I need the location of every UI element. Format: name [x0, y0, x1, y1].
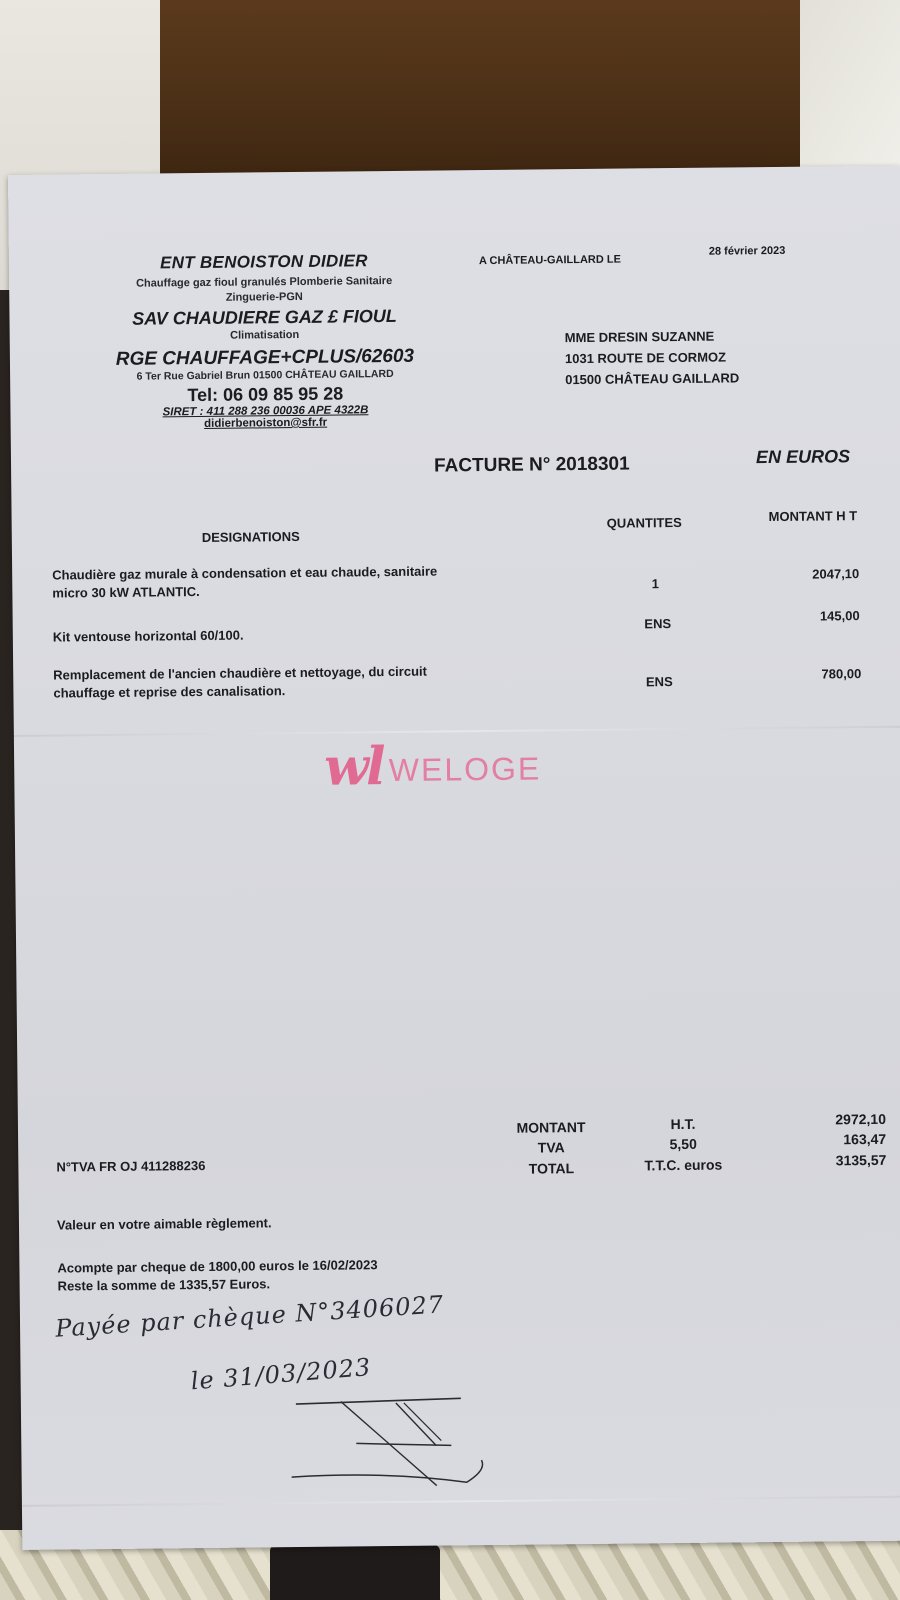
- invoice-date: 28 février 2023: [709, 245, 786, 258]
- tva-label: TVA: [496, 1139, 606, 1156]
- background-paper-right: [800, 0, 900, 180]
- company-certification: RGE CHAUFFAGE+CPLUS/62603: [70, 345, 460, 371]
- recipient-city: 01500 CHÂTEAU GAILLARD: [565, 367, 739, 390]
- recipient-street: 1031 ROUTE DE CORMOZ: [565, 346, 739, 369]
- payment-regards: Valeur en votre aimable règlement.: [57, 1215, 272, 1232]
- tva-value: 163,47: [776, 1131, 886, 1148]
- recipient-name: MME DRESIN SUZANNE: [565, 325, 739, 348]
- remaining-balance: Reste la somme de 1335,57 Euros.: [58, 1276, 271, 1293]
- invoice-number: FACTURE N° 2018301: [434, 454, 630, 478]
- tva-rate: 5,50: [623, 1135, 743, 1152]
- column-header-designation: DESIGNATIONS: [202, 529, 300, 545]
- ttc-detail: T.T.C. euros: [623, 1156, 743, 1173]
- weloge-logo-icon: wl: [324, 741, 383, 794]
- line-item-amount: 2047,10: [739, 566, 859, 582]
- background-dark-object: [270, 1545, 440, 1600]
- total-label: MONTANT: [496, 1119, 606, 1136]
- weloge-watermark: wl WELOGE: [324, 739, 542, 793]
- company-name: ENT BENOISTON DIDIER: [69, 250, 459, 274]
- recipient-address: MME DRESIN SUZANNE 1031 ROUTE DE CORMOZ …: [565, 325, 740, 390]
- line-item-amount: 145,00: [740, 608, 860, 624]
- ttc-value: 3135,57: [776, 1152, 886, 1169]
- total-detail: H.T.: [623, 1115, 743, 1132]
- weloge-text: WELOGE: [389, 750, 542, 789]
- ttc-label: TOTAL: [496, 1160, 606, 1177]
- total-value: 2972,10: [776, 1111, 886, 1128]
- line-item-quantity: 1: [615, 576, 695, 592]
- line-item-quantity: ENS: [618, 616, 698, 632]
- column-header-amount: MONTANT H T: [769, 508, 858, 524]
- background-wood-surface: [160, 0, 830, 190]
- line-item-quantity: ENS: [619, 674, 699, 690]
- signature: [286, 1390, 507, 1502]
- invoice-place: A CHÂTEAU-GAILLARD LE: [479, 254, 621, 267]
- paper-fold: [14, 726, 900, 737]
- deposit-note: Acompte par cheque de 1800,00 euros le 1…: [57, 1257, 377, 1275]
- line-item-designation: Kit ventouse horizontal 60/100.: [53, 624, 473, 646]
- line-item-designation: Remplacement de l'ancien chaudière et ne…: [53, 662, 473, 702]
- company-header: ENT BENOISTON DIDIER Chauffage gaz fioul…: [69, 250, 461, 431]
- invoice-currency: EN EUROS: [756, 446, 850, 468]
- column-header-quantity: QUANTITES: [607, 515, 682, 531]
- company-activities-2: Zinguerie-PGN: [69, 288, 459, 307]
- handwritten-payment-note: Payée par chèque N°3406027: [54, 1290, 444, 1342]
- invoice-document: ENT BENOISTON DIDIER Chauffage gaz fioul…: [8, 166, 900, 1550]
- line-item-designation: Chaudière gaz murale à condensation et e…: [52, 562, 472, 602]
- company-climatisation: Climatisation: [70, 326, 460, 345]
- tva-number: N°TVA FR OJ 411288236: [56, 1158, 205, 1175]
- handwritten-payment-date: le 31/03/2023: [190, 1353, 373, 1395]
- line-item-amount: 780,00: [741, 666, 861, 682]
